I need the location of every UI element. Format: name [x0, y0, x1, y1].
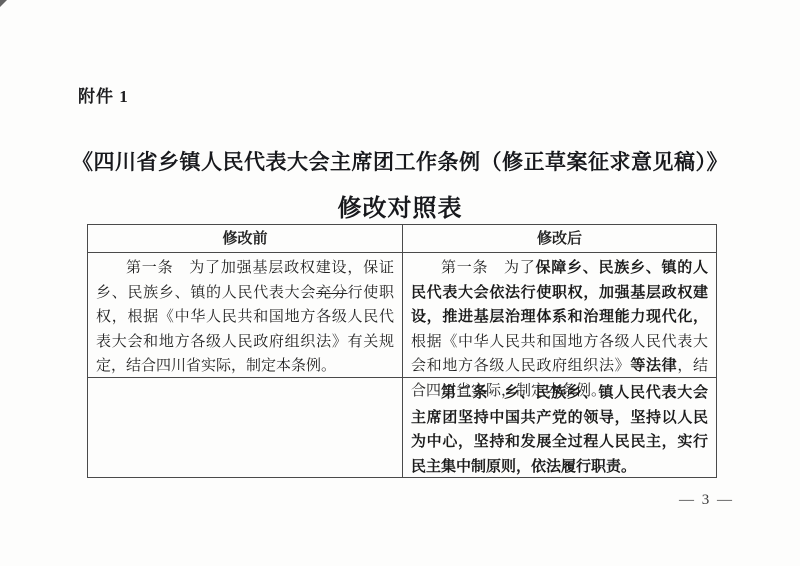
- cell-before-article-1: 第一条 为了加强基层政权建设，保证乡、民族乡、镇的人民代表大会充分行使职权，根据…: [88, 253, 403, 377]
- cell-before-article-2-empty: [88, 378, 403, 477]
- document-subtitle: 修改对照表: [0, 188, 800, 223]
- scan-corner-artifact: [0, 0, 7, 7]
- article-2-after-paragraph: 第二条 乡、民族乡、镇人民代表大会主席团坚持中国共产党的领导，坚持以人民为中心，…: [403, 378, 716, 479]
- page-number: — 3 —: [679, 492, 734, 509]
- article-1-before-paragraph: 第一条 为了加强基层政权建设，保证乡、民族乡、镇的人民代表大会充分行使职权，根据…: [88, 253, 402, 379]
- table-row-article-1: 第一条 为了加强基层政权建设，保证乡、民族乡、镇的人民代表大会充分行使职权，根据…: [88, 252, 716, 377]
- bold-text-segment: 等法律: [630, 357, 677, 374]
- table-header-row: 修改前 修改后: [88, 225, 716, 252]
- table-row-article-2: 第二条 乡、民族乡、镇人民代表大会主席团坚持中国共产党的领导，坚持以人民为中心，…: [88, 377, 716, 477]
- text-segment: 第一条 为了: [441, 260, 536, 276]
- document-title: 《四川省乡镇人民代表大会主席团工作条例（修正草案征求意见稿）》: [0, 146, 800, 176]
- column-header-before: 修改前: [88, 225, 403, 252]
- comparison-table: 修改前 修改后 第一条 为了加强基层政权建设，保证乡、民族乡、镇的人民代表大会充…: [87, 224, 717, 478]
- column-header-after: 修改后: [403, 225, 716, 252]
- struck-text-segment: 充分: [316, 285, 347, 301]
- cell-after-article-1: 第一条 为了保障乡、民族乡、镇的人民代表大会依法行使职权，加强基层政权建设，推进…: [403, 253, 716, 377]
- scanned-document-page: 附件 1 《四川省乡镇人民代表大会主席团工作条例（修正草案征求意见稿）》 修改对…: [0, 0, 800, 566]
- attachment-label: 附件 1: [78, 82, 129, 107]
- cell-after-article-2: 第二条 乡、民族乡、镇人民代表大会主席团坚持中国共产党的领导，坚持以人民为中心，…: [403, 378, 716, 477]
